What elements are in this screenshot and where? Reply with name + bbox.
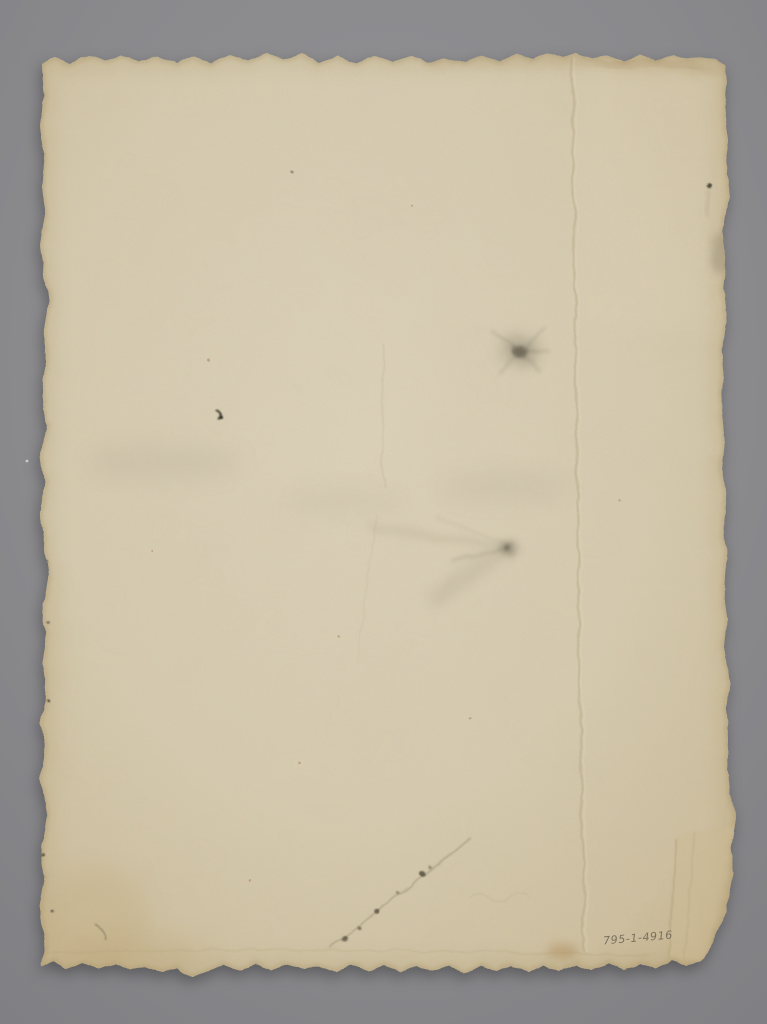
photograph: 795-1-4916: [0, 0, 767, 1024]
dust-speck: [26, 460, 29, 463]
paper-sheet-graphic: [0, 0, 767, 1024]
paper-grain: [30, 40, 745, 985]
paper-sheet: [30, 40, 745, 985]
